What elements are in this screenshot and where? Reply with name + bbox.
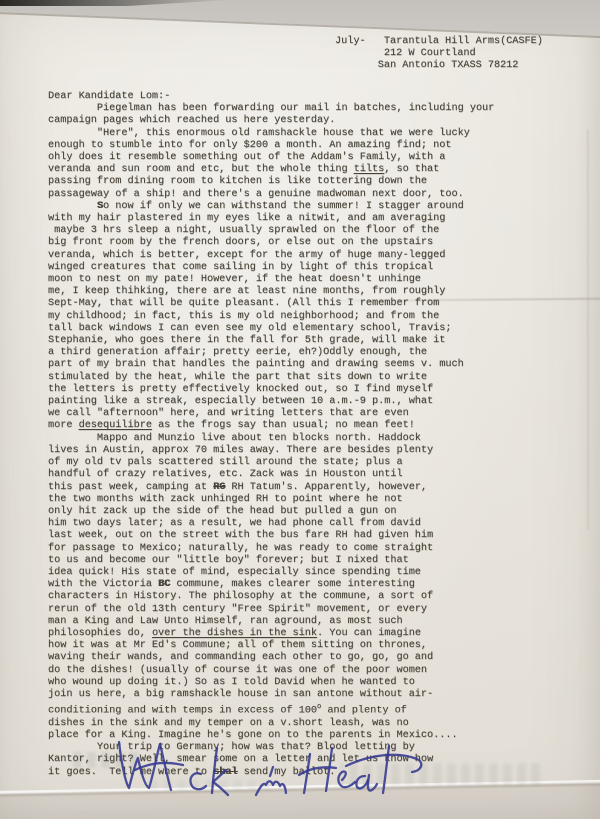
typed-line: part of my brain that handles the painti… — [48, 359, 494, 371]
typed-line: more desequilibre as the frogs say than … — [48, 420, 494, 432]
typed-line: veranda, which is better, except for the… — [48, 250, 494, 262]
typed-line: who wound up doing it.) So as I told Dav… — [48, 677, 494, 689]
typed-line: with my hair plastered in my eyes like a… — [48, 213, 494, 225]
typed-line: "Here", this enormous old ramshackle hou… — [48, 128, 494, 140]
handwritten-signature — [105, 738, 450, 812]
typed-line: moon to nest on my pate! However, if the… — [48, 274, 494, 286]
typed-line: Mappo and Munzio live about ten blocks n… — [48, 433, 494, 445]
typed-line: maybe 3 hrs sleep a night, usually spraw… — [48, 225, 494, 237]
typed-line: rerun of the old 13th century "Free Spir… — [48, 604, 494, 616]
typed-line: only hit zack up the side of the head bu… — [48, 506, 494, 518]
vertical-crease — [587, 130, 589, 530]
typed-line: dishes in the sink and my temper on a v.… — [48, 718, 494, 730]
typed-line: July- Tarantula Hill Arms(CASFE) — [335, 36, 543, 48]
typed-line: waving their wands, and commanding each … — [48, 652, 494, 664]
typed-line: winged creatures that come sailing in by… — [48, 262, 494, 274]
typed-line: stimulated by the heat, while the part t… — [48, 372, 494, 384]
typed-line: San Antonio TXASS 78212 — [335, 60, 543, 72]
typed-line: philosophies do, over the dishes in the … — [48, 628, 494, 640]
typed-line: big front room by the french doors, or e… — [48, 237, 494, 249]
typed-line: enough to stumble into for only $200 a m… — [48, 140, 494, 152]
typed-line: Piegelman has been forwarding our mail i… — [48, 103, 494, 115]
typed-line: me, I keep thihking, there are at least … — [48, 286, 494, 298]
typed-line: passageway of a ship! and there's a genu… — [48, 189, 494, 201]
typed-line: a third generation affair; pretty eerie,… — [48, 347, 494, 359]
letter-header: July- Tarantula Hill Arms(CASFE) 212 W C… — [335, 36, 543, 73]
typed-line: the two months with zack unhinged RH to … — [48, 494, 494, 506]
scanned-letter-photo: July- Tarantula Hill Arms(CASFE) 212 W C… — [0, 0, 600, 819]
typed-line: tall back windows I can even see my old … — [48, 323, 494, 335]
typed-line: join us here, a big ramshackle house in … — [48, 689, 494, 701]
typed-line: Stephanie, who goes there in the fall fo… — [48, 335, 494, 347]
typed-line: So now if only we can withstand the summ… — [48, 201, 494, 213]
typed-line: Dear Kandidate Lom:- — [48, 91, 494, 103]
typed-line: painting like a streak, especially betwe… — [48, 396, 494, 408]
typed-line: him two days later; as a result, we had … — [48, 518, 494, 530]
typed-line: to us and become our "little boy" foreve… — [48, 555, 494, 567]
typed-line: handful of crazy relatives, etc. Zack wa… — [48, 469, 494, 481]
typed-line: do the dishes! (usually of course it was… — [48, 665, 494, 677]
typed-line: we call "afternoon" here, and writing le… — [48, 408, 494, 420]
typed-line: veranda and sun room and etc, but the wh… — [48, 164, 494, 176]
letter-body: Dear Kandidate Lom:- Piegelman has been … — [48, 91, 494, 779]
typed-line: idea quick! His state of mind, especiall… — [48, 567, 494, 579]
typed-line: this past week, camping at RG RH Tatum's… — [48, 482, 494, 494]
typed-line: characters in History. The philosophy at… — [48, 591, 494, 603]
typed-line: man a King and Law Unto Himself, ran agr… — [48, 616, 494, 628]
typed-line: the letters is pretty effectively knocke… — [48, 384, 494, 396]
typed-line: my childhood; in fact, this is my old ne… — [48, 311, 494, 323]
typed-line: ohly does it resemble something out of t… — [48, 152, 494, 164]
typed-line: campaign pages which reached us here yes… — [48, 115, 494, 127]
typed-line: of my old tv pals scattered still around… — [48, 457, 494, 469]
typed-line: passing from dining room to kitchen is l… — [48, 176, 494, 188]
typed-line: Sept-May, that will be quite pleasant. (… — [48, 298, 494, 310]
typed-line: last week, out on the street with the bu… — [48, 530, 494, 542]
typed-line: conditioning and with temps in excess of… — [48, 701, 494, 718]
typed-line: 212 W Courtland — [335, 48, 543, 60]
typed-line: lives in Austin, approx 70 miles away. T… — [48, 445, 494, 457]
typed-line: how it was at Mr Ed's Commune; all of th… — [48, 640, 494, 652]
typed-line: with the Victoria BC commune, makes clea… — [48, 579, 494, 591]
typed-line: for passage to Mexico; naturally, he was… — [48, 543, 494, 555]
